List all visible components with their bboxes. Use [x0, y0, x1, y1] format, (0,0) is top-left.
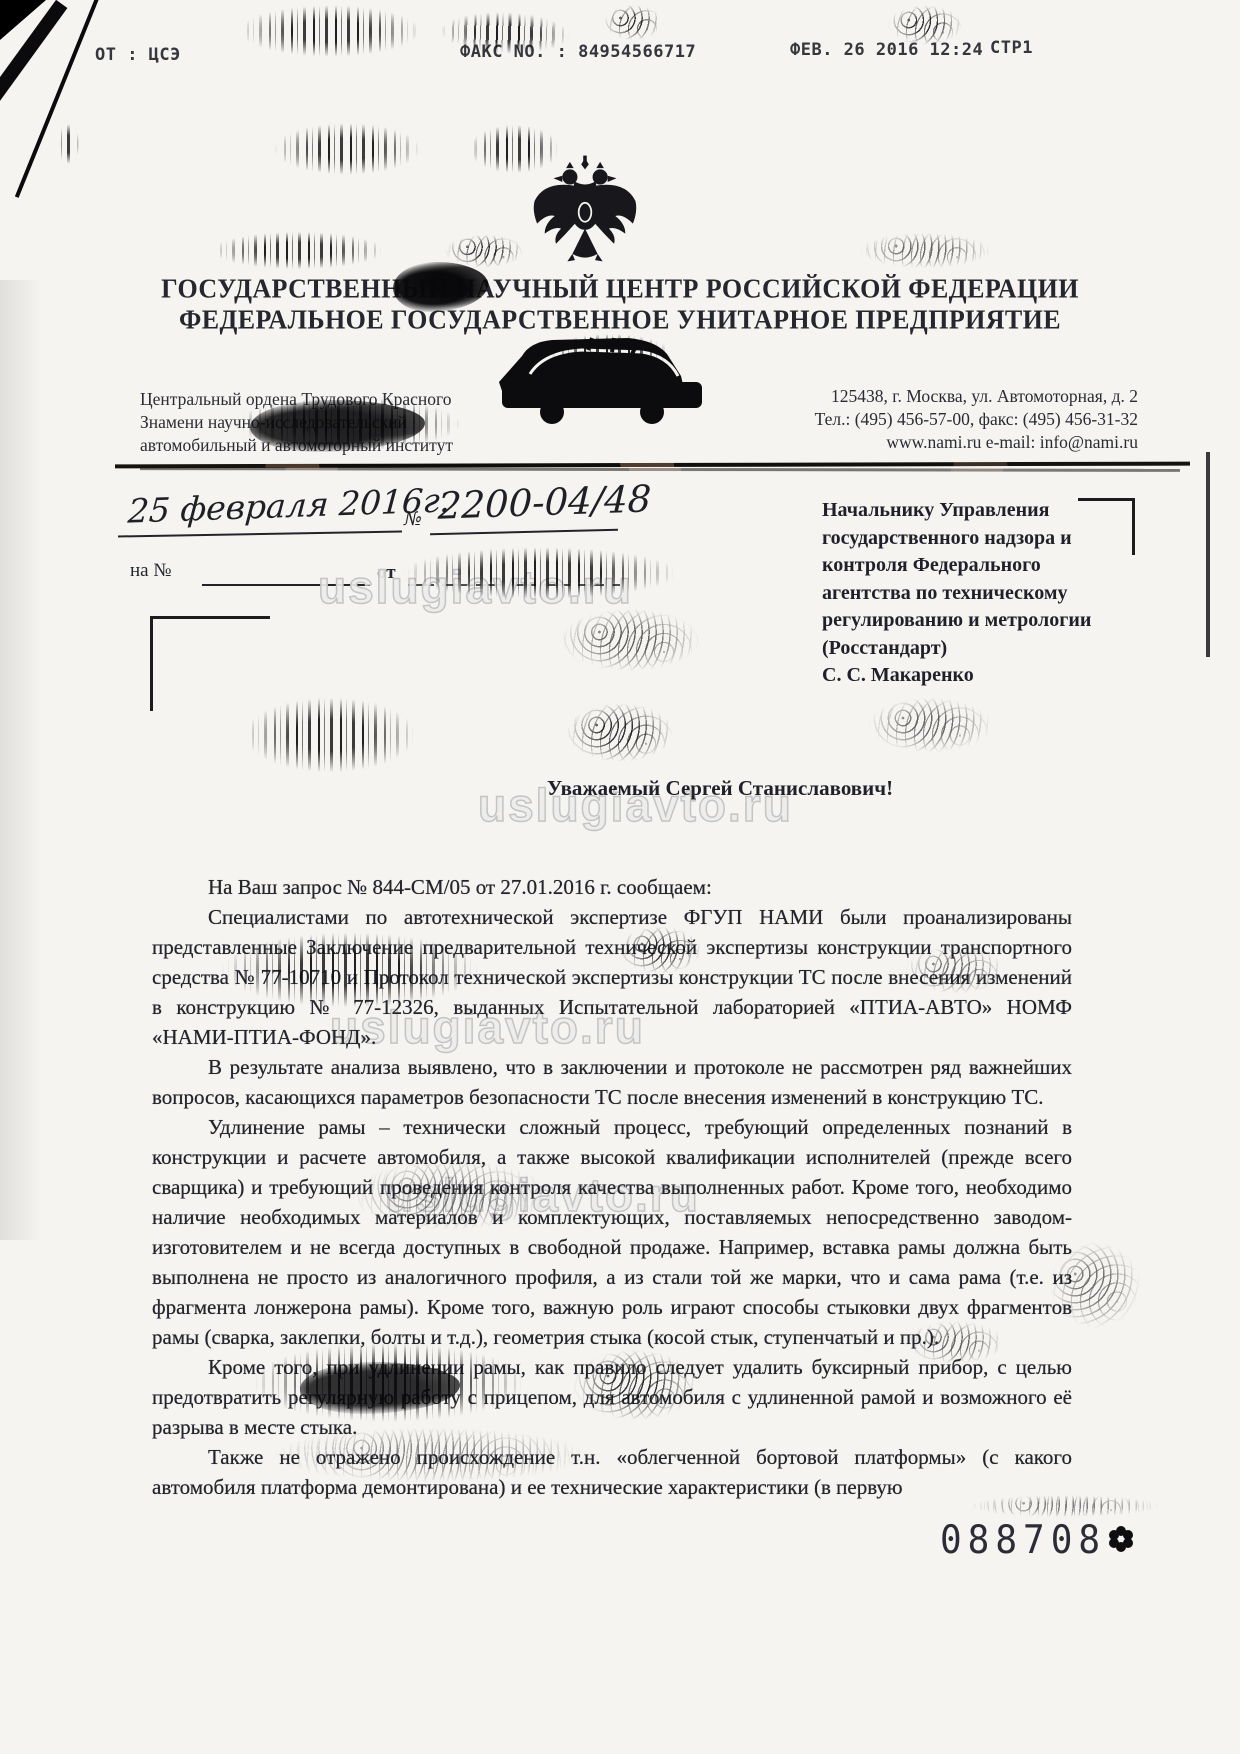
org-contact-line: 125438, г. Москва, ул. Автомоторная, д. …: [758, 385, 1138, 408]
stamp-number: 088708: [940, 1518, 1106, 1562]
addressee-line: (Росстандарт): [822, 635, 1162, 663]
fax-sender: ОТ : ЦСЭ: [95, 45, 181, 65]
institute-name: Центральный ордена Трудового КрасногоЗна…: [140, 388, 485, 457]
ink-smudge: [437, 230, 532, 272]
letter-body: На Ваш запрос № 844-СМ/05 от 27.01.2016 …: [152, 872, 1072, 1502]
watermark: uslugiavto.ru: [318, 560, 633, 614]
body-paragraph: На Ваш запрос № 844-СМ/05 от 27.01.2016 …: [152, 872, 1072, 902]
body-paragraph: Удлинение рамы – технически сложный проц…: [152, 1112, 1072, 1352]
org-contacts: 125438, г. Москва, ул. Автомоторная, д. …: [758, 385, 1138, 454]
coat-of-arms-eagle-icon: [522, 148, 648, 274]
scan-right-edge-streak: [1206, 452, 1210, 657]
institute-name-line: автомобильный и автомоторный институт: [140, 434, 485, 457]
nami-car-logo-icon: [492, 334, 712, 426]
body-paragraph: Специалистами по автотехнической эксперт…: [152, 902, 1072, 1052]
ink-smudge: [845, 228, 1005, 273]
letterhead-rule-echo: [140, 467, 1180, 472]
ink-smudge: [225, 0, 435, 62]
ink-smudge: [262, 118, 432, 180]
addressee-block: Начальнику Управлениягосударственного на…: [822, 497, 1162, 690]
number-sign: №: [404, 508, 422, 530]
date-underline: [118, 531, 402, 538]
ink-smudge: [855, 690, 1005, 760]
number-underline: [430, 529, 618, 536]
ink-smudge: [230, 690, 430, 780]
org-contact-line: www.nami.ru e-mail: info@nami.ru: [758, 431, 1138, 454]
ink-smudge: [598, 0, 668, 45]
salutation: Уважаемый Сергей Станиславович!: [430, 776, 1010, 801]
org-title-line2: ФЕДЕРАЛЬНОЕ ГОСУДАРСТВЕННОЕ УНИТАРНОЕ ПР…: [0, 304, 1240, 335]
fax-page-number: СТР1: [990, 38, 1033, 58]
addressee-line: агентства по техническому: [822, 580, 1162, 608]
handwritten-date: 25 февраля 2016г.: [127, 480, 452, 530]
org-title-line1: ГОСУДАРСТВЕННЫЙ НАУЧНЫЙ ЦЕНТР РОССИЙСКОЙ…: [0, 273, 1240, 304]
ink-smudge: [198, 228, 398, 273]
addressee-line: контроля Федерального: [822, 552, 1162, 580]
ink-smudge: [55, 120, 81, 168]
address-corner-mark-left-side: [150, 616, 153, 711]
addressee-line: С. С. Макаренко: [822, 662, 1162, 690]
institute-name-line: Центральный ордена Трудового Красного: [140, 388, 485, 411]
ink-smudge: [555, 695, 685, 770]
reply-reference-label: на №: [130, 560, 171, 582]
institute-name-line: Знамени научно-исследовательский: [140, 411, 485, 434]
fax-number: ФАКС NO. : 84954566717: [460, 42, 696, 62]
scanned-fax-letter: ОТ : ЦСЭ ФАКС NO. : 84954566717 ФЕВ. 26 …: [0, 0, 1240, 1754]
scan-edge-shadow: [0, 280, 42, 1240]
address-corner-mark-left-top: [150, 616, 270, 619]
addressee-line: Начальнику Управления: [822, 497, 1162, 525]
org-contact-line: Тел.: (495) 456-57-00, факс: (495) 456-3…: [758, 408, 1138, 431]
flower-stamp-icon: [1106, 1524, 1136, 1554]
body-paragraph: Кроме того, при удлинении рамы, как прав…: [152, 1352, 1072, 1442]
body-paragraph: В результате анализа выявлено, что в зак…: [152, 1052, 1072, 1112]
handwritten-outgoing-number: 2200-04/48: [437, 477, 652, 528]
fax-datetime: ФЕВ. 26 2016 12:24: [790, 40, 983, 60]
addressee-line: регулированию и метрологии: [822, 607, 1162, 635]
body-paragraph: Также не отражено происхождение т.н. «об…: [152, 1442, 1072, 1502]
addressee-line: государственного надзора и: [822, 525, 1162, 553]
scan-diagonal-line: [15, 0, 99, 198]
